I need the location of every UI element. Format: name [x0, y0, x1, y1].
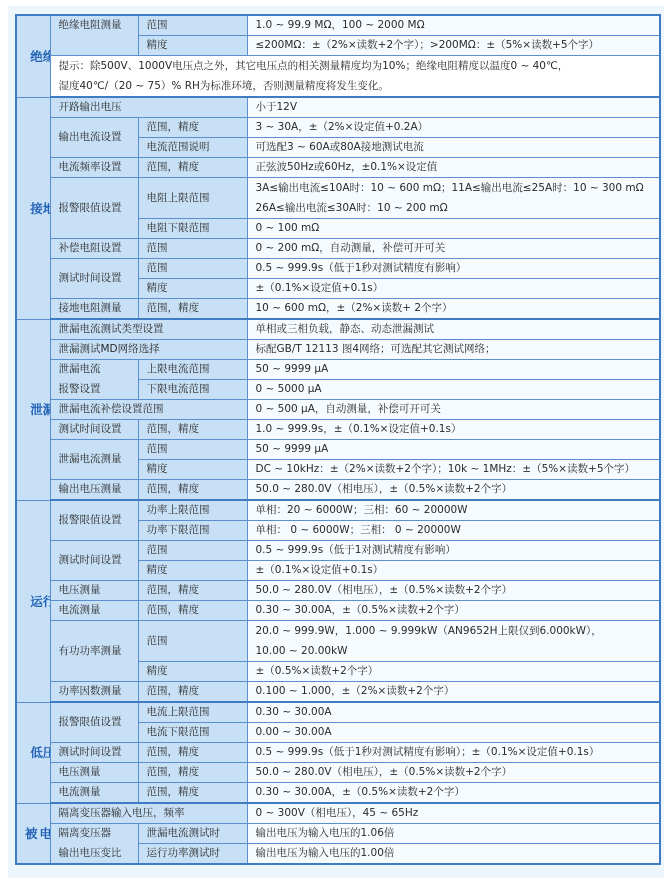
item-label: 电流测量: [50, 783, 138, 804]
item-label: 功率因数测量: [50, 682, 138, 703]
value-cell: 输出电压为输入电压的1.06倍: [247, 824, 660, 844]
value-cell: 0 ~ 300V（相电压），45 ~ 65Hz: [247, 803, 660, 824]
sub-label: 范围: [138, 239, 247, 259]
value-cell: 0.5 ~ 999.9s（低于1秒对测试精度有影响）；±（0.1%×设定值+0.…: [247, 743, 660, 763]
item-label: 接地电阻测量: [50, 299, 138, 320]
value-cell: 标配GB/T 12113 图4网络；可选配其它测试网络；: [247, 340, 660, 360]
value-cell: 3A≤输出电流≤10A时：10 ~ 600 mΩ；11A≤输出电流≤25A时：1…: [247, 178, 660, 199]
item-label: 报警限值设置: [50, 500, 138, 541]
value-cell: DC ~ 10kHz：±（2%×读数+2个字）；10k ~ 1MHz：±（5%×…: [247, 460, 660, 480]
value-cell: 50.0 ~ 280.0V（相电压），±（0.5%×读数+2个字）: [247, 480, 660, 501]
item-label: 测试时间设置: [50, 541, 138, 581]
item-label: 泄漏电流测量: [50, 440, 138, 480]
item-label: 电流测量: [50, 601, 138, 621]
sub-label: 范围: [138, 440, 247, 460]
value-cell: 10 ~ 600 mΩ，±（2%×读数+ 2个字）: [247, 299, 660, 320]
sub-label: 泄漏电流测试时: [138, 824, 247, 844]
item-label: 输出电压测量: [50, 480, 138, 501]
value-cell: 50 ~ 9999 μA: [247, 360, 660, 380]
value-cell: 单相或三相负载，静态、动态泄漏测试: [247, 319, 660, 340]
item-label: 测试时间设置: [50, 259, 138, 299]
value-cell: 0.100 ~ 1.000，±（2%×读数+2个字）: [247, 682, 660, 703]
value-cell: 0.30 ~ 30.00A: [247, 702, 660, 723]
item-label: 泄漏测试MD网络选择: [50, 340, 247, 360]
item-label: 电流频率设置: [50, 158, 138, 178]
sub-label: 运行功率测试时: [138, 844, 247, 865]
item-label: 电压测量: [50, 763, 138, 783]
sub-label: 电流范围说明: [138, 138, 247, 158]
sub-label: 精度: [138, 460, 247, 480]
sub-label: 电流下限范围: [138, 723, 247, 743]
sub-label: 电阻上限范围: [138, 178, 247, 219]
value-cell: 0.5 ~ 999.9s（低于1秒对测试精度有影响）: [247, 259, 660, 279]
spec-table: 绝缘电阻测试 绝缘电阻测量 范围 1.0 ~ 99.9 MΩ，100 ~ 200…: [15, 14, 661, 865]
sub-label: 范围，精度: [138, 763, 247, 783]
category-leakage: 泄漏电流测试: [16, 319, 50, 500]
category-psu: 被电测源试控体制: [16, 803, 50, 864]
item-label: 隔离变压器: [50, 824, 138, 844]
item-label: 测试时间设置: [50, 420, 138, 440]
sub-label: 范围，精度: [138, 299, 247, 320]
item-label: 报警限值设置: [50, 702, 138, 743]
value-cell: 正弦波50Hz或60Hz，±0.1%×设定值: [247, 158, 660, 178]
item-insulation-measure: 绝缘电阻测量: [50, 15, 138, 56]
value-cell: 0.00 ~ 30.00A: [247, 723, 660, 743]
item-label: 补偿电阻设置: [50, 239, 138, 259]
item-label: 隔离变压器输入电压，频率: [50, 803, 247, 824]
sub-label: 范围，精度: [138, 480, 247, 501]
category-ground: 接地电阻测试: [16, 97, 50, 319]
value-cell: 0.5 ~ 999.9s（低于1对测试精度有影响）: [247, 541, 660, 561]
value-cell: ±（0.1%×设定值+0.1s）: [247, 279, 660, 299]
sub-label: 上限电流范围: [138, 360, 247, 380]
sub-label: 范围，精度: [138, 581, 247, 601]
value-cell: 20.0 ~ 999.9W，1.000 ~ 9.999kW（AN9652H上限仅…: [247, 621, 660, 642]
sub-label: 精度: [138, 662, 247, 682]
sub-label: 范围: [138, 541, 247, 561]
sub-label: 精度: [138, 561, 247, 581]
value-cell: 输出电压为输入电压的1.00倍: [247, 844, 660, 865]
sub-label: 范围，精度: [138, 743, 247, 763]
category-insulation: 绝缘电阻测试: [16, 15, 50, 97]
value-cell: 50.0 ~ 280.0V（相电压），±（0.5%×读数+2个字）: [247, 763, 660, 783]
item-label: 测试时间设置: [50, 743, 138, 763]
item-label: 泄漏电流: [50, 360, 138, 380]
value-cell: 0 ~ 5000 μA: [247, 380, 660, 400]
value-cell: 0.30 ~ 30.00A，±（0.5%×读数+2个字）: [247, 601, 660, 621]
value-cell: 0 ~ 200 mΩ，自动测量，补偿可开可关: [247, 239, 660, 259]
sub-label: 电流上限范围: [138, 702, 247, 723]
item-label: 报警设置: [50, 380, 138, 400]
sub-label: 精度: [138, 279, 247, 299]
insulation-note-line2: 湿度40℃/（20 ~ 75）% RH为标准环境，否则测量精度将发生变化。: [50, 76, 660, 97]
value-cell: 单相：20 ~ 6000W；三相：60 ~ 20000W: [247, 500, 660, 521]
value-cell: 50 ~ 9999 μA: [247, 440, 660, 460]
sub-label: 范围，精度: [138, 158, 247, 178]
item-label: 输出电压变比: [50, 844, 138, 865]
sub-label: 功率下限范围: [138, 521, 247, 541]
value-cell: 3 ~ 30A，±（2%×设定值+0.2A）: [247, 118, 660, 138]
sub-label: 电阻下限范围: [138, 219, 247, 239]
sub-label: 范围，精度: [138, 783, 247, 804]
item-label: 泄漏电流补偿设置范围: [50, 400, 247, 420]
value-cell: ±（0.1%×设定值+0.1s）: [247, 561, 660, 581]
item-label: 泄漏电流测试类型设置: [50, 319, 247, 340]
sub-label: 下限电流范围: [138, 380, 247, 400]
value-cell: 0 ~ 100 mΩ: [247, 219, 660, 239]
value-cell: 50.0 ~ 280.0V（相电压），±（0.5%×读数+2个字）: [247, 581, 660, 601]
sub-label: 范围: [138, 15, 247, 36]
item-label: 报警限值设置: [50, 178, 138, 239]
value-cell: 1.0 ~ 99.9 MΩ，100 ~ 2000 MΩ: [247, 15, 660, 36]
category-power: 运行功率测试: [16, 500, 50, 702]
sub-label: 范围，精度: [138, 118, 247, 138]
sub-label: 范围，精度: [138, 601, 247, 621]
item-label: 有功功率测量: [50, 621, 138, 682]
item-label: 输出电流设置: [50, 118, 138, 158]
sub-label: 功率上限范围: [138, 500, 247, 521]
sub-label: 范围: [138, 621, 247, 662]
value-cell: 0.30 ~ 30.00A，±（0.5%×读数+2个字）: [247, 783, 660, 804]
value-cell: 可选配3 ~ 60A或80A接地测试电流: [247, 138, 660, 158]
value-cell: 0 ~ 500 μA，自动测量，补偿可开可关: [247, 400, 660, 420]
value-cell: ±（0.5%×读数+2个字）: [247, 662, 660, 682]
value-cell: 10.00 ~ 20.00kW: [247, 641, 660, 662]
sub-label: 范围，精度: [138, 682, 247, 703]
item-label: 电压测量: [50, 581, 138, 601]
value-cell: 26A≤输出电流≤30A时：10 ~ 200 mΩ: [247, 198, 660, 219]
sub-label: 范围: [138, 259, 247, 279]
sub-label: 精度: [138, 36, 247, 56]
value-cell: ≤200MΩ：±（2%×读数+2个字）；>200MΩ：±（5%×读数+5个字）: [247, 36, 660, 56]
value-cell: 小于12V: [247, 97, 660, 118]
value-cell: 1.0 ~ 999.9s，±（0.1%×设定值+0.1s）: [247, 420, 660, 440]
value-cell: 单相： 0 ~ 6000W；三相： 0 ~ 20000W: [247, 521, 660, 541]
category-lowvolt: 低压启动测试: [16, 702, 50, 803]
item-label: 开路输出电压: [50, 97, 247, 118]
sub-label: 范围，精度: [138, 420, 247, 440]
insulation-note-line1: 提示：除500V、1000V电压点之外，其它电压点的相关测量精度均为10%；绝缘…: [50, 56, 660, 77]
